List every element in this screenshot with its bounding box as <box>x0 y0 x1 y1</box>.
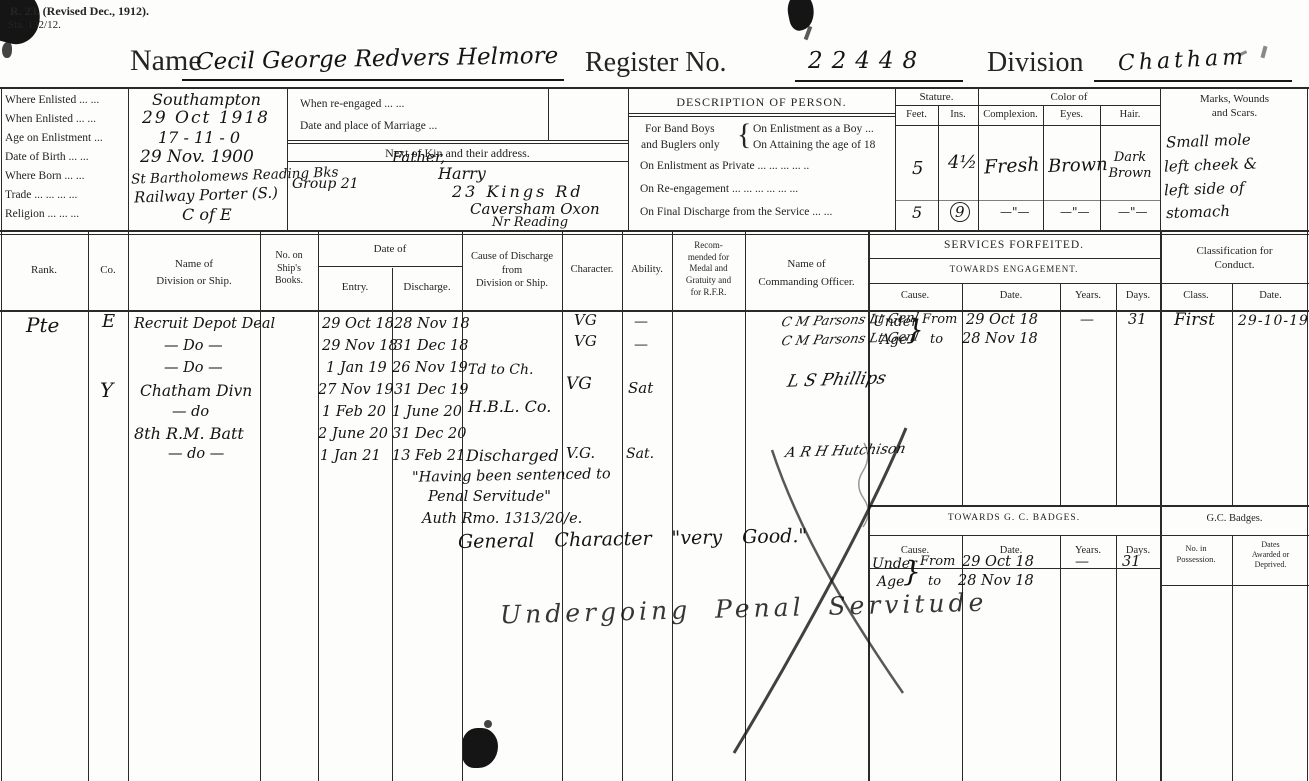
enlistment-value: C of E <box>182 205 232 224</box>
col-line <box>318 232 319 781</box>
date-of-header: Date of <box>318 243 462 255</box>
brace-glyph: { <box>737 118 751 152</box>
final-discharge-row: On Final Discharge from the Service ... … <box>640 206 832 218</box>
ability-value: — <box>634 314 648 330</box>
gc-subline <box>1232 535 1233 781</box>
enlistment-label: Date of Birth ... ... <box>5 151 89 163</box>
band-line <box>1 87 2 781</box>
reengagement-row: On Re-engagement ... ... ... ... ... ... <box>640 183 798 195</box>
gc-to-date: 28 Nov 18 <box>958 573 1034 589</box>
gc-brace: } <box>903 555 921 588</box>
gc-from-label: From <box>920 554 955 569</box>
discharge-value: 26 Nov 19 <box>392 360 468 376</box>
ability-value: — <box>634 337 648 353</box>
rank-header: Rank. <box>0 264 88 276</box>
enlistment-value: Southampton <box>152 90 261 109</box>
character-note: General Character "very Good." <box>458 525 807 553</box>
rank-value: Pte <box>26 313 59 337</box>
gc-to-label: to <box>928 574 941 589</box>
dateof-line <box>318 266 462 267</box>
gc-subline <box>1116 535 1117 781</box>
gc-awarded-header: Dates Awarded or Deprived. <box>1232 540 1309 570</box>
band-line <box>628 113 895 114</box>
division-value: — do <box>172 404 209 420</box>
division-value: Chatham <box>1117 45 1247 77</box>
class-subline <box>1232 283 1233 505</box>
enlistment-label: Religion ... ... ... <box>5 208 79 220</box>
entry-value: 1 Feb 20 <box>322 404 386 420</box>
ships-books-header: No. on Ship's Books. <box>260 250 318 288</box>
table-top-line2 <box>0 234 1309 235</box>
band-line <box>548 87 549 141</box>
marks-line: Small mole <box>1166 131 1251 152</box>
band-top-line <box>0 87 1309 89</box>
enlistment-label: Age on Enlistment ... <box>5 132 103 144</box>
entry-value: 29 Oct 18 <box>322 316 394 332</box>
servitude-note: Undergoing Penal Servitude <box>500 588 988 630</box>
complexion-header: Complexion. <box>978 109 1043 120</box>
sf-to-date: 28 Nov 18 <box>962 331 1038 347</box>
cause-value: H.B.L. Co. <box>468 397 551 416</box>
sf-cause-header: Cause. <box>868 290 962 301</box>
band-boy-row: On Enlistment as a Boy ... <box>753 123 874 135</box>
header-bottom-line <box>0 310 1309 312</box>
discharge-value: 31 Dec 20 <box>392 426 466 442</box>
name-label: Name <box>130 44 202 78</box>
officer-signature: L S Phillips <box>785 368 888 391</box>
ink-blot <box>462 728 498 768</box>
division-value: 8th R.M. Batt <box>134 424 244 443</box>
sf-from-label: From <box>922 312 957 327</box>
service-record-scan: { "form": { "number": "R. 23. (Revised D… <box>0 0 1309 781</box>
co-header: Co. <box>88 264 128 276</box>
reengaged-label: When re-engaged ... ... <box>300 98 404 110</box>
enlistment-label: Trade ... ... ... ... <box>5 189 77 201</box>
entry-value: 1 Jan 19 <box>326 360 387 376</box>
band-18-row: On Attaining the age of 18 <box>753 139 875 151</box>
complexion-2: —"— <box>1000 205 1030 219</box>
classification-title: Classification for Conduct. <box>1160 244 1309 273</box>
sf-years-value: — <box>1080 312 1094 328</box>
band-line <box>895 105 1160 106</box>
scan-artifact <box>785 0 818 32</box>
enlistment-value: 29 Oct 1918 <box>142 108 270 128</box>
hair-1: Dark Brown <box>1102 150 1158 181</box>
ability-value: Sat. <box>626 446 654 462</box>
enlistment-value: Railway Porter (S.) <box>134 183 278 206</box>
officer-header: Name of Commanding Officer. <box>745 256 868 291</box>
marks-title: Marks, Wounds and Scars. <box>1160 93 1309 121</box>
name-value: Cecil George Redvers Helmore <box>196 43 559 75</box>
marks-line: left side of <box>1164 179 1245 200</box>
discharge-header: Discharge. <box>392 281 462 293</box>
enlistment-label: Where Enlisted ... ... <box>5 94 99 106</box>
gc-days-value: 31 <box>1122 554 1140 570</box>
sf-from-date: 29 Oct 18 <box>966 312 1038 328</box>
co-value: E <box>102 311 115 332</box>
sf-days-value: 31 <box>1128 312 1146 328</box>
sf-days-header: Days. <box>1116 290 1160 301</box>
class-value: First <box>1174 310 1215 330</box>
eyes-header: Eyes. <box>1043 109 1100 120</box>
sentence-note: Auth Rmo. 1313/20/e. <box>422 511 582 527</box>
sf-subline <box>962 283 963 505</box>
ins-header: Ins. <box>938 109 978 120</box>
feet-header: Feet. <box>895 109 938 120</box>
ink-blot <box>484 720 492 728</box>
scan-artifact <box>2 42 12 58</box>
col-line <box>462 232 463 781</box>
cause-value: Discharged <box>466 446 559 465</box>
register-value: 22448 <box>808 48 926 74</box>
complexion-1: Fresh <box>983 154 1040 179</box>
stature-feet-1: 5 <box>912 158 923 179</box>
col-line <box>562 232 563 781</box>
sf-date-header: Date. <box>962 290 1060 301</box>
stature-title: Stature. <box>895 91 978 103</box>
class-date-header: Date. <box>1232 290 1309 301</box>
gc-cause-value: Age <box>877 574 904 590</box>
enlistment-label: Where Born ... ... <box>5 170 85 182</box>
towards-engagement-title: TOWARDS ENGAGEMENT. <box>868 264 1160 274</box>
nok-address1: 23 Kings Rd <box>452 182 584 201</box>
class-date-value: 29-10-1918 <box>1238 313 1309 329</box>
class-header: Class. <box>1160 290 1232 301</box>
gc-top-line <box>868 505 1309 507</box>
col-line <box>622 232 623 781</box>
description-title: DESCRIPTION OF PERSON. <box>628 95 895 110</box>
sf-to-label: to <box>930 332 943 347</box>
division-value: — Do — <box>164 360 223 376</box>
gc-subline <box>962 535 963 781</box>
band-line <box>895 200 1160 201</box>
col-line <box>260 232 261 781</box>
register-label: Register No. <box>585 47 727 79</box>
enlistment-value: 29 Nov. 1900 <box>140 147 254 167</box>
table-top-line <box>0 230 1309 232</box>
gc-line <box>1160 585 1309 586</box>
division-value: — Do — <box>164 338 223 354</box>
marks-line: left cheek & <box>1164 154 1258 175</box>
entry-value: 1 Jan 21 <box>320 448 381 464</box>
register-underline <box>795 80 963 82</box>
character-header: Character. <box>562 264 622 275</box>
entry-value: 27 Nov 19 <box>318 382 394 398</box>
col-line <box>128 232 129 781</box>
band-line <box>1307 87 1308 781</box>
ability-header: Ability. <box>622 264 672 275</box>
hair-2: —"— <box>1118 205 1148 219</box>
character-value: V.G. <box>566 444 595 462</box>
scan-artifact <box>1261 46 1268 59</box>
ability-value: Sat <box>628 379 653 397</box>
gc-line <box>868 535 1309 536</box>
character-value: VG <box>574 311 597 329</box>
officer-signature: A R H Hutchison <box>784 441 907 461</box>
discharge-value: 31 Dec 18 <box>394 338 468 354</box>
discharge-value: 28 Nov 18 <box>394 316 470 332</box>
entry-value: 29 Nov 18 <box>322 338 398 354</box>
band-line <box>895 125 1160 126</box>
eyes-1: Brown <box>1048 154 1108 177</box>
cause-value: Td to Ch. <box>468 362 533 378</box>
sf-cause-value: Age <box>880 332 907 348</box>
division-value: Recruit Depot Deal <box>134 316 275 332</box>
discharge-value: 31 Dec 19 <box>394 382 468 398</box>
enlistment-value: 17 - 11 - 0 <box>158 128 240 147</box>
col-line <box>745 232 746 781</box>
division-header: Name of Division or Ship. <box>128 256 260 289</box>
form-number: R. 23. (Revised Dec., 1912). <box>10 4 149 19</box>
discharge-value: 1 June 20 <box>392 404 462 420</box>
gc-from-date: 29 Oct 18 <box>962 554 1034 570</box>
stature-ins-1: 4½ <box>948 152 977 173</box>
col-line <box>88 232 89 781</box>
division-value: — do — <box>168 446 224 462</box>
hair-header: Hair. <box>1100 109 1160 120</box>
gc-forfeited-title: TOWARDS G. C. BADGES. <box>868 513 1160 523</box>
gc-subline <box>1060 535 1061 781</box>
recommend-header: Recom- mended for Medal and Gratuity and… <box>672 240 745 298</box>
private-row: On Enlistment as Private ... ... ... ...… <box>640 160 809 172</box>
sentence-note: "Having been sentenced to <box>412 466 611 485</box>
sf-line <box>868 258 1160 259</box>
discharge-value: 13 Feb 21 <box>392 448 465 464</box>
enlistment-label: When Enlisted ... ... <box>5 113 96 125</box>
next-of-kin-header: Next of Kin and their address. <box>287 146 628 161</box>
marks-line: stomach <box>1166 202 1231 222</box>
band-line <box>128 87 129 232</box>
character-value: VG <box>574 332 597 350</box>
gc-possession-header: No. in Possession. <box>1160 543 1232 565</box>
character-value: VG <box>566 374 592 394</box>
sf-subline <box>1116 283 1117 505</box>
band-line <box>287 140 628 141</box>
class-line <box>1160 283 1309 284</box>
services-forfeited-title: SERVICES FORFEITED. <box>868 239 1160 251</box>
co-value: Y <box>100 378 113 402</box>
band-boys-line2: and Buglers only <box>641 139 720 151</box>
sf-subline <box>1060 283 1061 505</box>
stature-feet-2: 5 <box>912 203 922 222</box>
sentence-note: Penal Servitude" <box>428 489 551 505</box>
gc-years-value: — <box>1075 554 1089 570</box>
division-label: Division <box>987 47 1083 79</box>
entry-header: Entry. <box>318 281 392 293</box>
band-line <box>287 143 628 144</box>
name-underline <box>182 79 564 81</box>
sf-years-header: Years. <box>1060 290 1116 301</box>
cause-header: Cause of Discharge from Division or Ship… <box>462 250 562 291</box>
color-of-title: Color of <box>978 91 1160 103</box>
band-line <box>628 116 895 117</box>
band-line <box>287 161 628 162</box>
eyes-2: —"— <box>1060 205 1090 219</box>
division-value: Chatham Divn <box>140 382 252 400</box>
trade-group-value: Group 21 <box>292 176 359 192</box>
nok-address3: Nr Reading <box>492 215 568 230</box>
band-boys-line1: For Band Boys <box>645 123 715 135</box>
gc-badges-title: G.C. Badges. <box>1160 513 1309 524</box>
nok-name: Harry <box>438 164 486 183</box>
col-line <box>672 232 673 781</box>
form-station-code: Sta. 132/12. <box>8 19 61 31</box>
stature-ins-2: 9 <box>950 202 970 222</box>
entry-value: 2 June 20 <box>318 426 388 442</box>
marriage-label: Date and place of Marriage ... <box>300 120 437 132</box>
division-underline <box>1094 80 1292 82</box>
